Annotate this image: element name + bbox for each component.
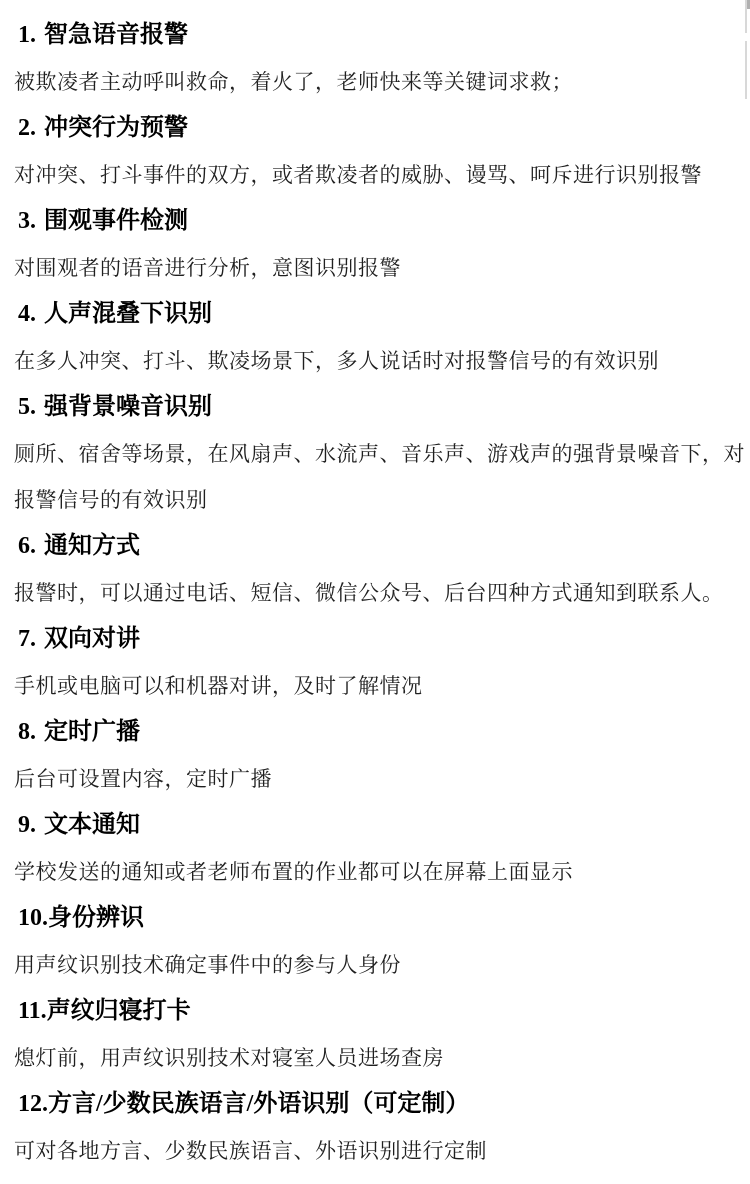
item-heading: 4.人声混叠下识别 (14, 291, 746, 338)
list-item: 4.人声混叠下识别 在多人冲突、打斗、欺凌场景下，多人说话时对报警信号的有效识别 (14, 291, 746, 384)
item-title: 冲突行为预警 (44, 115, 188, 141)
item-heading: 7.双向对讲 (14, 616, 746, 663)
list-item: 1.智急语音报警 被欺凌者主动呼叫救命，着火了，老师快来等关键词求救； (14, 12, 746, 105)
item-number: 3. (18, 198, 44, 245)
item-title: 双向对讲 (44, 626, 140, 652)
page-edge-mark (745, 41, 747, 99)
list-item: 10.身份辨识 用声纹识别技术确定事件中的参与人身份 (14, 895, 746, 988)
item-heading: 2.冲突行为预警 (14, 105, 746, 152)
item-number: 5. (18, 384, 44, 431)
item-title: 身份辨识 (48, 905, 144, 931)
item-title: 围观事件检测 (44, 208, 188, 234)
list-item: 8.定时广播 后台可设置内容，定时广播 (14, 709, 746, 802)
list-item: 3.围观事件检测 对围观者的语音进行分析，意图识别报警 (14, 198, 746, 291)
item-number: 7. (18, 616, 44, 663)
item-title: 人声混叠下识别 (44, 301, 212, 327)
item-body: 对冲突、打斗事件的双方，或者欺凌者的威胁、谩骂、呵斥进行识别报警 (14, 152, 746, 198)
item-heading: 8.定时广播 (14, 709, 746, 756)
item-body: 对围观者的语音进行分析，意图识别报警 (14, 245, 746, 291)
item-title: 强背景噪音识别 (44, 394, 212, 420)
item-number: 9. (18, 802, 44, 849)
item-heading: 9.文本通知 (14, 802, 746, 849)
list-item: 9.文本通知 学校发送的通知或者老师布置的作业都可以在屏幕上面显示 (14, 802, 746, 895)
item-heading: 11.声纹归寝打卡 (14, 988, 746, 1035)
item-body: 被欺凌者主动呼叫救命，着火了，老师快来等关键词求救； (14, 59, 746, 105)
list-item: 2.冲突行为预警 对冲突、打斗事件的双方，或者欺凌者的威胁、谩骂、呵斥进行识别报… (14, 105, 746, 198)
list-item: 7.双向对讲 手机或电脑可以和机器对讲，及时了解情况 (14, 616, 746, 709)
item-body: 后台可设置内容，定时广播 (14, 756, 746, 802)
item-number: 8. (18, 709, 44, 756)
item-title: 定时广播 (44, 719, 140, 745)
item-body: 熄灯前，用声纹识别技术对寝室人员进场查房 (14, 1035, 746, 1081)
item-heading: 3.围观事件检测 (14, 198, 746, 245)
item-number: 10. (18, 895, 48, 942)
list-item: 11.声纹归寝打卡 熄灯前，用声纹识别技术对寝室人员进场查房 (14, 988, 746, 1081)
list-item: 6.通知方式 报警时，可以通过电话、短信、微信公众号、后台四种方式通知到联系人。 (14, 523, 746, 616)
item-number: 12. (18, 1081, 48, 1128)
item-number: 2. (18, 105, 44, 152)
item-title: 通知方式 (44, 533, 140, 559)
item-number: 4. (18, 291, 44, 338)
list-item: 12.方言/少数民族语言/外语识别（可定制） 可对各地方言、少数民族语言、外语识… (14, 1081, 746, 1174)
item-body: 学校发送的通知或者老师布置的作业都可以在屏幕上面显示 (14, 849, 746, 895)
item-number: 6. (18, 523, 44, 570)
item-body: 用声纹识别技术确定事件中的参与人身份 (14, 942, 746, 988)
item-heading: 10.身份辨识 (14, 895, 746, 942)
item-body: 可对各地方言、少数民族语言、外语识别进行定制 (14, 1128, 746, 1174)
item-heading: 6.通知方式 (14, 523, 746, 570)
item-body: 报警时，可以通过电话、短信、微信公众号、后台四种方式通知到联系人。 (14, 570, 746, 616)
item-title: 文本通知 (44, 812, 140, 838)
list-item: 5.强背景噪音识别 厕所、宿舍等场景，在风扇声、水流声、音乐声、游戏声的强背景噪… (14, 384, 746, 523)
item-heading: 1.智急语音报警 (14, 12, 746, 59)
item-number: 11. (18, 988, 47, 1035)
item-heading: 12.方言/少数民族语言/外语识别（可定制） (14, 1081, 746, 1128)
item-body: 在多人冲突、打斗、欺凌场景下，多人说话时对报警信号的有效识别 (14, 338, 746, 384)
item-body: 厕所、宿舍等场景，在风扇声、水流声、音乐声、游戏声的强背景噪音下，对报警信号的有… (14, 431, 746, 523)
item-title: 声纹归寝打卡 (47, 998, 191, 1024)
document-page: 1.智急语音报警 被欺凌者主动呼叫救命，着火了，老师快来等关键词求救； 2.冲突… (0, 0, 750, 1184)
item-body: 手机或电脑可以和机器对讲，及时了解情况 (14, 663, 746, 709)
item-number: 1. (18, 12, 44, 59)
item-title: 方言/少数民族语言/外语识别（可定制） (48, 1091, 469, 1117)
item-title: 智急语音报警 (44, 22, 188, 48)
item-heading: 5.强背景噪音识别 (14, 384, 746, 431)
